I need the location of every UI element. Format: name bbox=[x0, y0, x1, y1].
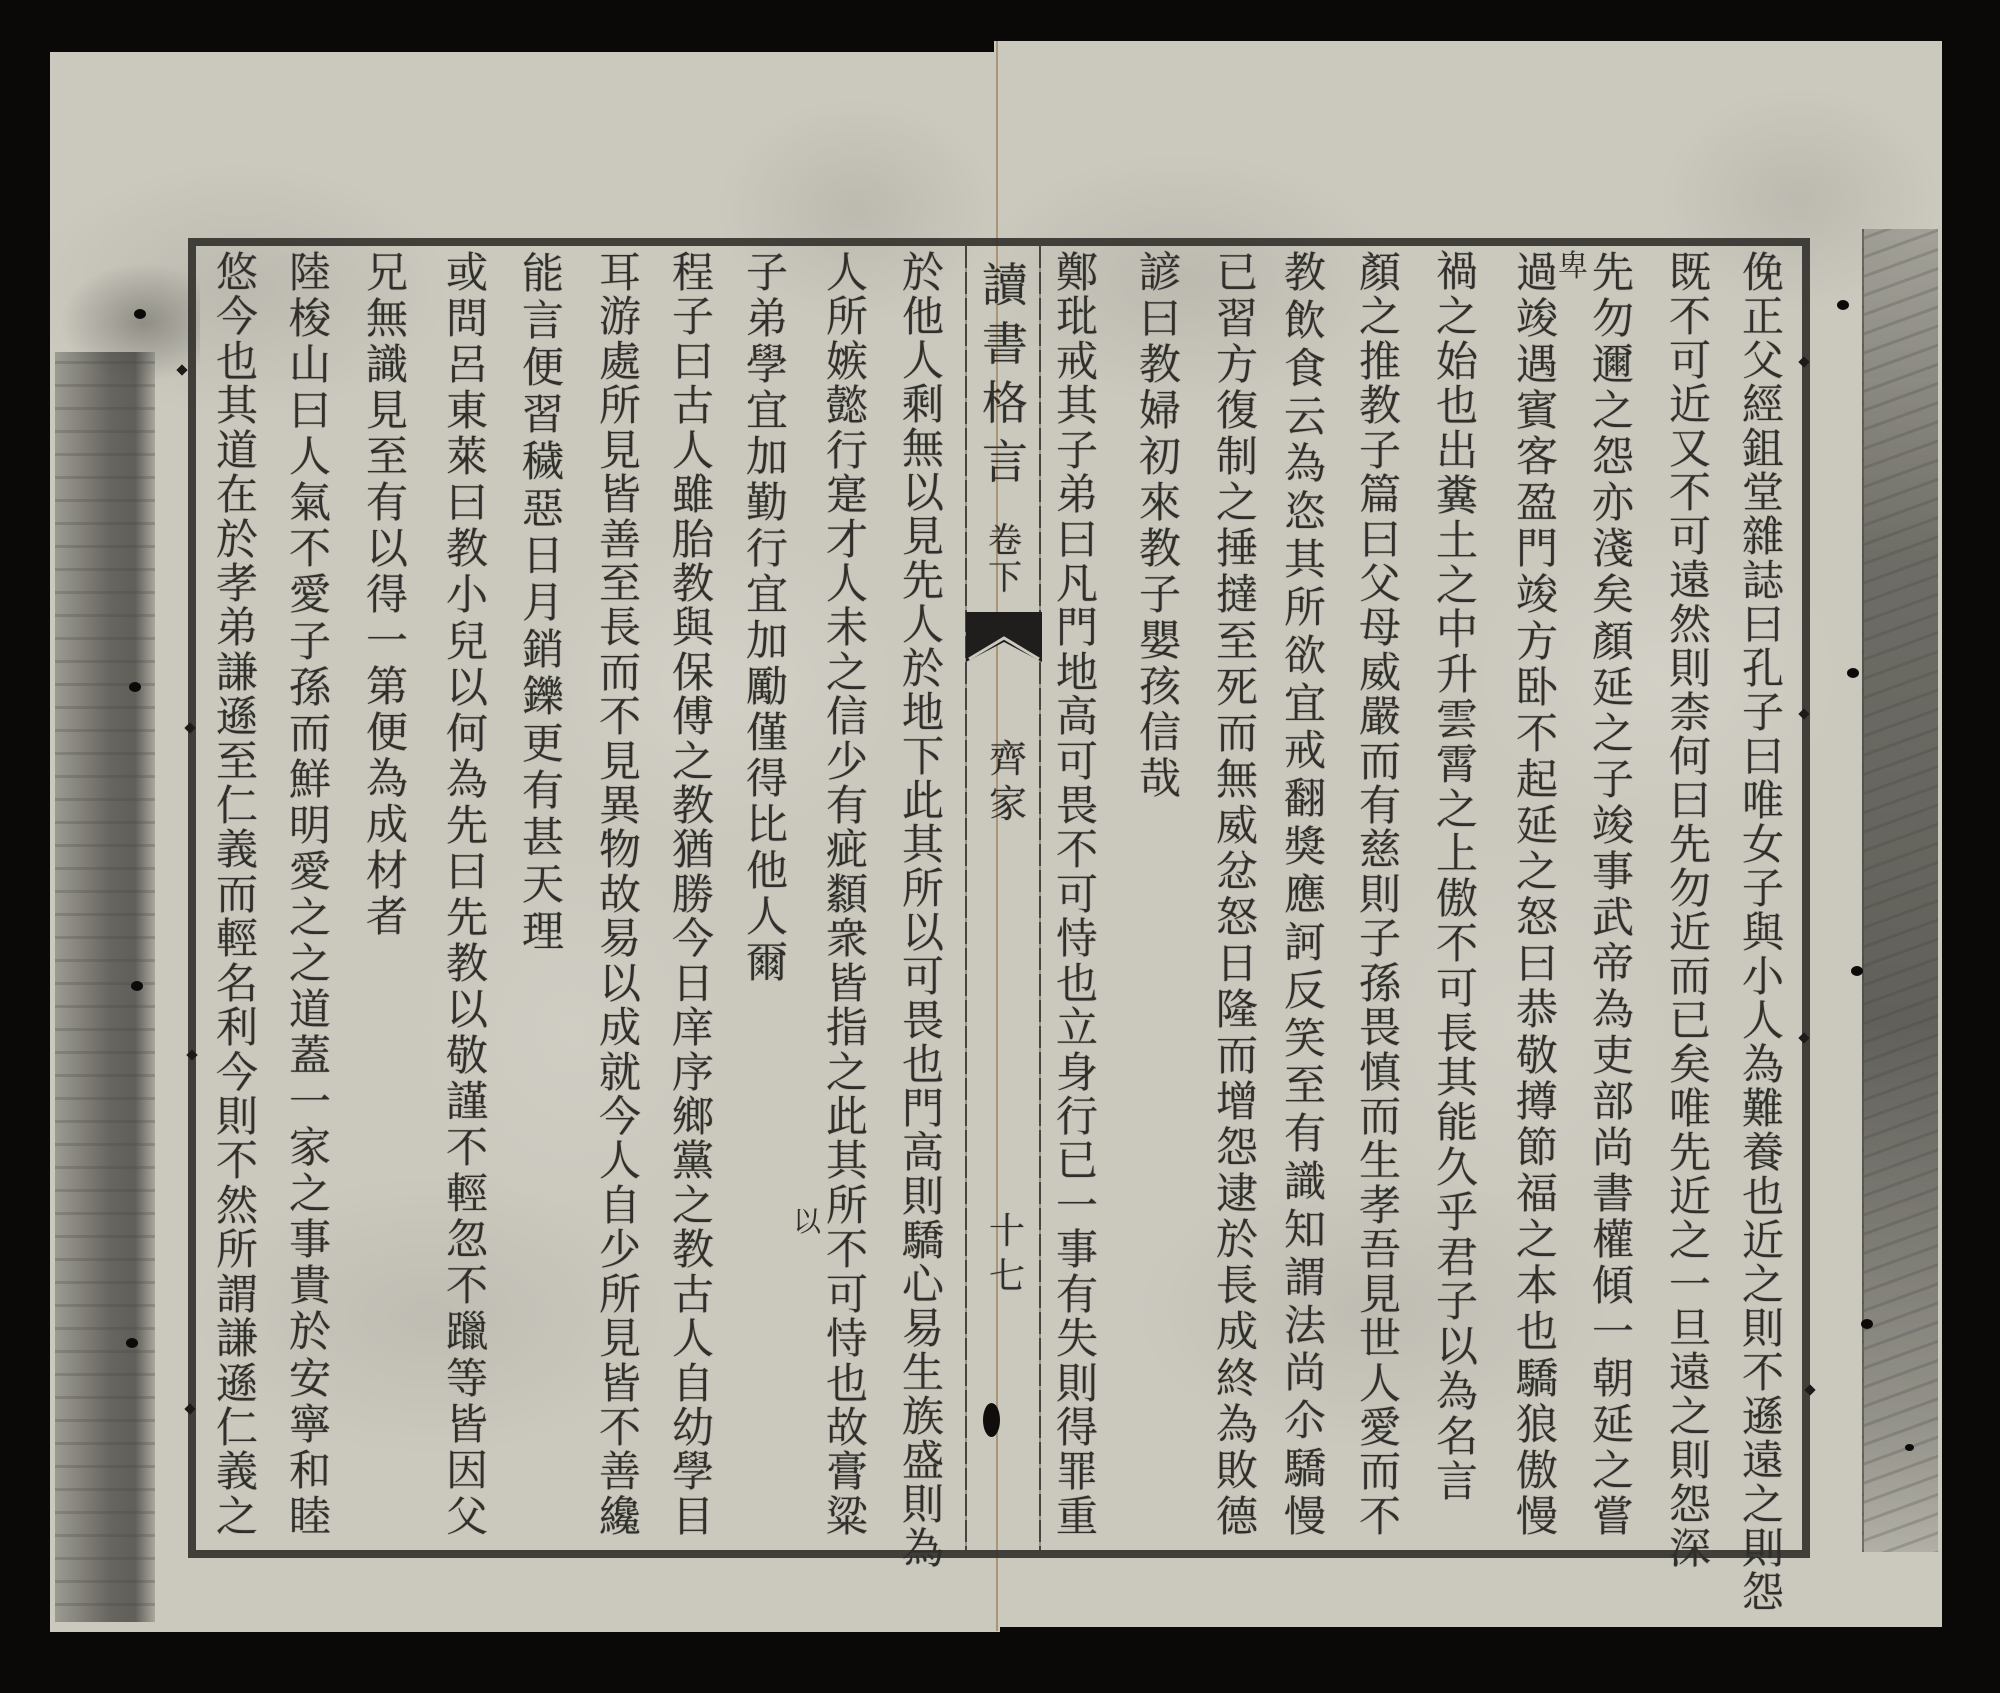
glyph: 也 bbox=[209, 340, 265, 384]
glyph: 也 bbox=[1049, 962, 1105, 1006]
glyph: 於 bbox=[209, 518, 265, 562]
glyph: 也 bbox=[1509, 1310, 1565, 1354]
glyph: 至 bbox=[1277, 1064, 1333, 1108]
glyph: 而 bbox=[1209, 712, 1265, 756]
glyph: 無 bbox=[895, 427, 951, 471]
glyph: 鮮 bbox=[282, 758, 338, 802]
ink-blot bbox=[983, 1403, 1000, 1437]
glyph: 法 bbox=[1277, 1304, 1333, 1348]
glyph: 序 bbox=[665, 1051, 721, 1095]
glyph: 恣 bbox=[1277, 490, 1333, 534]
glyph: 衆 bbox=[819, 917, 875, 961]
glyph: 日 bbox=[665, 962, 721, 1006]
glyph: 近 bbox=[1662, 1175, 1718, 1219]
glyph: 問 bbox=[439, 297, 495, 341]
glyph: 勝 bbox=[665, 873, 721, 917]
glyph: 遜 bbox=[209, 1362, 265, 1406]
glyph: 見 bbox=[592, 1317, 648, 1361]
glyph: 宜 bbox=[739, 388, 795, 434]
glyph: 謙 bbox=[209, 1317, 265, 1361]
glyph: 成 bbox=[1209, 1310, 1265, 1354]
glyph: 然 bbox=[1662, 603, 1718, 647]
glyph: 吾 bbox=[1352, 1228, 1408, 1272]
glyph: 謙 bbox=[209, 651, 265, 695]
glyph: 子 bbox=[1352, 429, 1408, 473]
glyph: 則 bbox=[209, 1095, 265, 1139]
glyph: 女 bbox=[1735, 823, 1791, 867]
glyph: 義 bbox=[209, 1450, 265, 1494]
glyph: 能 bbox=[1429, 1101, 1485, 1146]
glyph: 兒 bbox=[439, 620, 495, 664]
glyph: 他 bbox=[739, 848, 795, 894]
glyph: 先 bbox=[1662, 1131, 1718, 1175]
glyph: 和 bbox=[282, 1449, 338, 1493]
glyph: 矣 bbox=[1585, 573, 1641, 617]
glyph: 遠 bbox=[1662, 1351, 1718, 1395]
glyph: 見 bbox=[1352, 1273, 1408, 1317]
glyph: 帝 bbox=[1585, 942, 1641, 986]
glyph: 粱 bbox=[819, 1495, 875, 1539]
binding-hole bbox=[1847, 668, 1859, 678]
binding-hole bbox=[1905, 1444, 1914, 1451]
glyph: 上 bbox=[1429, 832, 1485, 877]
glyph: 故 bbox=[592, 873, 648, 917]
glyph: 尚 bbox=[1585, 1126, 1641, 1170]
glyph: 先 bbox=[895, 559, 951, 603]
glyph: 萊 bbox=[439, 435, 495, 479]
glyph: 孝 bbox=[209, 562, 265, 606]
glyph: 威 bbox=[1209, 804, 1265, 848]
glyph: 心 bbox=[895, 1263, 951, 1307]
glyph: 則 bbox=[1662, 647, 1718, 691]
glyph: 習 bbox=[1209, 297, 1265, 341]
glyph: 之 bbox=[1662, 1219, 1718, 1263]
text-column-left-9: 陸梭山曰人氣不愛子孫而鮮明愛之之道蓋一家之事貴於安寧和睦 bbox=[282, 251, 338, 1539]
glyph: 乎 bbox=[1429, 1191, 1485, 1236]
glyph: 勿 bbox=[1662, 867, 1718, 911]
glyph: 勿 bbox=[1585, 297, 1641, 341]
glyph: 正 bbox=[1735, 295, 1791, 339]
glyph: 之 bbox=[1429, 564, 1485, 609]
glyph: 者 bbox=[359, 894, 415, 940]
glyph: 皆 bbox=[819, 962, 875, 1006]
glyph: 幼 bbox=[665, 1406, 721, 1450]
glyph: 也 bbox=[895, 1043, 951, 1087]
glyph: 盛 bbox=[895, 1439, 951, 1483]
glyph: 愛 bbox=[282, 850, 338, 894]
glyph: 母 bbox=[1352, 606, 1408, 650]
glyph: 為 bbox=[895, 1527, 951, 1571]
glyph: 嚴 bbox=[1352, 695, 1408, 739]
glyph: 亦 bbox=[1585, 481, 1641, 525]
glyph: 孩 bbox=[1132, 664, 1188, 710]
binding-hole bbox=[1837, 300, 1849, 310]
glyph: 異 bbox=[592, 784, 648, 828]
glyph: 戒 bbox=[1277, 729, 1333, 773]
section-label: 齊家 bbox=[980, 737, 1036, 827]
glyph: 之 bbox=[1662, 1395, 1718, 1439]
glyph: 則 bbox=[895, 1483, 951, 1527]
glyph: 生 bbox=[895, 1351, 951, 1395]
glyph: 行 bbox=[739, 526, 795, 572]
glyph: 地 bbox=[1049, 651, 1105, 695]
glyph: 罪 bbox=[1049, 1450, 1105, 1494]
glyph: 婦 bbox=[1132, 388, 1188, 434]
glyph: 吏 bbox=[1585, 1034, 1641, 1078]
glyph: 教 bbox=[1352, 384, 1408, 428]
glyph: 人 bbox=[1352, 1362, 1408, 1406]
glyph: 愛 bbox=[1352, 1406, 1408, 1450]
glyph: 得 bbox=[359, 572, 415, 618]
glyph: 隆 bbox=[1209, 988, 1265, 1032]
glyph: 敬 bbox=[1509, 1034, 1565, 1078]
text-column-right-2: 既不可近又不可遠然則柰何曰先勿近而已矣唯先近之一旦遠之則怨深 bbox=[1662, 251, 1718, 1539]
glyph: 始 bbox=[1429, 340, 1485, 385]
glyph: 怒 bbox=[1209, 896, 1265, 940]
glyph: 唯 bbox=[1662, 1087, 1718, 1131]
glyph: 自 bbox=[592, 1184, 648, 1228]
glyph: 方 bbox=[1509, 620, 1565, 664]
glyph: 愛 bbox=[282, 573, 338, 617]
glyph: 齊 bbox=[980, 737, 1036, 782]
glyph: 嫉 bbox=[819, 340, 875, 384]
glyph: 而 bbox=[209, 873, 265, 917]
glyph: 則 bbox=[1735, 1307, 1791, 1351]
glyph: 教 bbox=[665, 784, 721, 828]
glyph: 所 bbox=[1277, 586, 1333, 630]
glyph: 有 bbox=[359, 480, 415, 526]
glyph: 怨 bbox=[1585, 435, 1641, 479]
glyph: 謂 bbox=[209, 1273, 265, 1317]
glyph: 慢 bbox=[1277, 1495, 1333, 1539]
glyph: 至 bbox=[592, 562, 648, 606]
glyph: 懿 bbox=[819, 384, 875, 428]
glyph: 穢 bbox=[515, 438, 571, 485]
glyph: 見 bbox=[359, 388, 415, 434]
glyph: 於 bbox=[895, 251, 951, 295]
glyph: 君 bbox=[1429, 1236, 1485, 1281]
glyph: 延 bbox=[1585, 666, 1641, 710]
glyph: 長 bbox=[592, 606, 648, 650]
binding-hole bbox=[1851, 966, 1863, 976]
glyph: 福 bbox=[1509, 1172, 1565, 1216]
glyph: 狼 bbox=[1509, 1403, 1565, 1447]
glyph: 其 bbox=[1277, 538, 1333, 582]
glyph: 便 bbox=[359, 710, 415, 756]
glyph: 遇 bbox=[1509, 343, 1565, 387]
glyph: 教 bbox=[1132, 342, 1188, 388]
glyph: 膏 bbox=[819, 1450, 875, 1494]
glyph: 學 bbox=[665, 1450, 721, 1494]
glyph: 立 bbox=[1049, 1006, 1105, 1050]
glyph: 之 bbox=[1429, 295, 1485, 340]
book-title: 讀書格言 bbox=[977, 256, 1033, 492]
glyph: 一 bbox=[1585, 1310, 1641, 1354]
glyph: 此 bbox=[819, 1095, 875, 1139]
glyph: 教 bbox=[1132, 526, 1188, 572]
glyph: 失 bbox=[1049, 1317, 1105, 1361]
glyph: 嘗 bbox=[1585, 1495, 1641, 1539]
glyph: 之 bbox=[282, 942, 338, 986]
glyph: 而 bbox=[592, 651, 648, 695]
glyph: 則 bbox=[895, 1175, 951, 1219]
glyph: 賓 bbox=[1509, 389, 1565, 433]
glyph: 驕 bbox=[1277, 1447, 1333, 1491]
text-column-right-10: 鄭玭戒其子弟曰凡門地高可畏不可恃也立身行已一事有失則得罪重 bbox=[1049, 251, 1105, 1539]
glyph: 子 bbox=[739, 250, 795, 296]
glyph: 土 bbox=[1429, 519, 1485, 564]
glyph: 謹 bbox=[439, 1080, 495, 1124]
glyph: 不 bbox=[1352, 1495, 1408, 1539]
text-column-left-1: 於他人剩無以見先人於地下此其所以可畏也門高則驕心易生族盛則為 bbox=[895, 251, 951, 1539]
glyph: 纇 bbox=[819, 873, 875, 917]
glyph: 矣 bbox=[1662, 1043, 1718, 1087]
glyph: 凡 bbox=[1049, 562, 1105, 606]
glyph: 之 bbox=[665, 1184, 721, 1228]
glyph: 卷 bbox=[977, 523, 1033, 560]
glyph: 以 bbox=[439, 988, 495, 1032]
glyph: 部 bbox=[1585, 1080, 1641, 1124]
glyph: 人 bbox=[739, 894, 795, 940]
glyph: 怨 bbox=[1209, 1126, 1265, 1170]
glyph: 蓋 bbox=[282, 1034, 338, 1078]
glyph: 也 bbox=[819, 1362, 875, 1406]
glyph: 以 bbox=[359, 526, 415, 572]
glyph: 貴 bbox=[282, 1264, 338, 1308]
glyph: 畏 bbox=[895, 999, 951, 1043]
glyph: 山 bbox=[282, 343, 338, 387]
glyph: 唯 bbox=[1735, 779, 1791, 823]
glyph: 小 bbox=[1735, 955, 1791, 999]
glyph: 之 bbox=[819, 1051, 875, 1095]
glyph: 之 bbox=[1585, 389, 1641, 433]
glyph: 子 bbox=[1049, 429, 1105, 473]
glyph: 教 bbox=[1277, 251, 1333, 295]
glyph: 皆 bbox=[439, 1403, 495, 1447]
glyph: 云 bbox=[1277, 395, 1333, 439]
glyph: 於 bbox=[895, 647, 951, 691]
glyph: 俛 bbox=[1735, 251, 1791, 295]
glyph: 難 bbox=[1735, 1087, 1791, 1131]
glyph: 於 bbox=[1209, 1218, 1265, 1262]
glyph: 日 bbox=[1209, 942, 1265, 986]
glyph: 不 bbox=[1735, 1351, 1791, 1395]
glyph: 何 bbox=[1662, 735, 1718, 779]
glyph: 所 bbox=[895, 867, 951, 911]
glyph: 程 bbox=[665, 251, 721, 295]
glyph: 門 bbox=[895, 1087, 951, 1131]
text-column-left-3: 子弟學宜加勤行宜加勵僅得比他人爾 bbox=[739, 250, 795, 986]
glyph: 自 bbox=[665, 1362, 721, 1406]
glyph: 節 bbox=[1509, 1126, 1565, 1170]
glyph: 得 bbox=[1049, 1406, 1105, 1450]
glyph: 皆 bbox=[592, 1362, 648, 1406]
glyph: 言 bbox=[977, 433, 1033, 492]
glyph: 睦 bbox=[282, 1495, 338, 1539]
glyph: 道 bbox=[282, 988, 338, 1032]
glyph: 不 bbox=[819, 1228, 875, 1272]
glyph: 傲 bbox=[1509, 1449, 1565, 1493]
glyph: 而 bbox=[1209, 1034, 1265, 1078]
glyph: 竣 bbox=[1509, 573, 1565, 617]
glyph: 第 bbox=[359, 664, 415, 710]
glyph: 所 bbox=[819, 295, 875, 339]
glyph: 兄 bbox=[359, 250, 415, 296]
glyph: 之 bbox=[1509, 1218, 1565, 1262]
glyph: 有 bbox=[819, 784, 875, 828]
glyph: 善 bbox=[592, 1450, 648, 1494]
marginal-note: 以 bbox=[791, 1208, 823, 1236]
glyph: 為 bbox=[1585, 988, 1641, 1032]
glyph: 之 bbox=[1429, 788, 1485, 833]
glyph: 所 bbox=[592, 384, 648, 428]
glyph: 糞 bbox=[1429, 474, 1485, 519]
glyph: 纔 bbox=[592, 1495, 648, 1539]
glyph: 深 bbox=[1662, 1527, 1718, 1571]
glyph: 至 bbox=[209, 740, 265, 784]
glyph: 其 bbox=[1049, 384, 1105, 428]
glyph: 近 bbox=[1662, 911, 1718, 955]
glyph: 曰 bbox=[1662, 779, 1718, 823]
glyph: 游 bbox=[592, 295, 648, 339]
glyph: 鄭 bbox=[1049, 251, 1105, 295]
glyph: 少 bbox=[592, 1228, 648, 1272]
glyph: 仁 bbox=[209, 784, 265, 828]
text-column-left-2: 人所嫉懿行寔才人未之信少有疵纇衆皆指之此其所不可恃也故膏粱 bbox=[819, 251, 875, 1539]
glyph: 識 bbox=[359, 342, 415, 388]
glyph: 不 bbox=[1662, 295, 1718, 339]
glyph: 其 bbox=[209, 384, 265, 428]
glyph: 父 bbox=[1735, 339, 1791, 383]
glyph: 玭 bbox=[1049, 295, 1105, 339]
glyph: 今 bbox=[209, 1051, 265, 1095]
glyph: 朝 bbox=[1585, 1357, 1641, 1401]
glyph: 傲 bbox=[1429, 877, 1485, 922]
glyph: 書 bbox=[977, 315, 1033, 374]
glyph: 雖 bbox=[665, 473, 721, 517]
glyph: 孫 bbox=[1352, 962, 1408, 1006]
glyph: 讀 bbox=[977, 256, 1033, 315]
glyph: 則 bbox=[1662, 1439, 1718, 1483]
glyph: 保 bbox=[665, 651, 721, 695]
glyph: 食 bbox=[1277, 347, 1333, 391]
glyph: 終 bbox=[1209, 1357, 1265, 1401]
glyph: 月 bbox=[515, 579, 571, 626]
glyph: 事 bbox=[282, 1218, 338, 1262]
glyph: 處 bbox=[592, 340, 648, 384]
glyph: 僅 bbox=[739, 710, 795, 756]
glyph: 黨 bbox=[665, 1139, 721, 1183]
glyph: 輕 bbox=[439, 1172, 495, 1216]
glyph: 則 bbox=[1049, 1362, 1105, 1406]
glyph: 戒 bbox=[1049, 340, 1105, 384]
glyph: 人 bbox=[592, 1139, 648, 1183]
glyph: 曰 bbox=[1132, 296, 1188, 342]
glyph: 訶 bbox=[1277, 921, 1333, 965]
glyph: 已 bbox=[1662, 999, 1718, 1043]
glyph: 物 bbox=[592, 828, 648, 872]
glyph: 故 bbox=[819, 1406, 875, 1450]
glyph: 子 bbox=[282, 620, 338, 664]
glyph: 一 bbox=[282, 1080, 338, 1124]
glyph: 邇 bbox=[1585, 343, 1641, 387]
glyph: 以 bbox=[1429, 1325, 1485, 1370]
glyph: 寧 bbox=[282, 1403, 338, 1447]
glyph: 所 bbox=[592, 1273, 648, 1317]
glyph: 信 bbox=[1132, 710, 1188, 756]
glyph: 為 bbox=[439, 758, 495, 802]
glyph: 柰 bbox=[1662, 691, 1718, 735]
glyph: 門 bbox=[1049, 606, 1105, 650]
glyph: 見 bbox=[895, 515, 951, 559]
glyph: 曰 bbox=[282, 389, 338, 433]
glyph: 名 bbox=[209, 962, 265, 1006]
glyph: 捶 bbox=[1209, 527, 1265, 571]
glyph: 人 bbox=[819, 251, 875, 295]
ink-smudge bbox=[1862, 229, 1938, 1552]
glyph: 而 bbox=[1352, 1450, 1408, 1494]
glyph: 反 bbox=[1277, 969, 1333, 1013]
glyph: 學 bbox=[739, 342, 795, 388]
glyph: 人 bbox=[665, 1317, 721, 1361]
glyph: 孫 bbox=[282, 666, 338, 710]
glyph: 與 bbox=[665, 606, 721, 650]
glyph: 等 bbox=[439, 1357, 495, 1401]
glyph: 易 bbox=[592, 917, 648, 961]
glyph: 鑠 bbox=[515, 673, 571, 720]
glyph: 恭 bbox=[1509, 988, 1565, 1032]
glyph: 之 bbox=[665, 740, 721, 784]
glyph: 言 bbox=[515, 297, 571, 344]
glyph: 為 bbox=[1209, 1403, 1265, 1447]
glyph: 見 bbox=[592, 740, 648, 784]
glyph: 曰 bbox=[1735, 735, 1791, 779]
glyph: 無 bbox=[1209, 758, 1265, 802]
glyph: 不 bbox=[1049, 828, 1105, 872]
glyph: 怨 bbox=[1735, 1571, 1791, 1615]
glyph: 剩 bbox=[895, 383, 951, 427]
text-column-right-7: 教飲食云為恣其所欲宜戒翻獎應訶反笑至有識知謂法尚尒驕慢 bbox=[1277, 251, 1333, 1539]
glyph: 門 bbox=[1509, 527, 1565, 571]
glyph: 不 bbox=[1662, 471, 1718, 515]
glyph: 飲 bbox=[1277, 299, 1333, 343]
glyph: 躐 bbox=[439, 1310, 495, 1354]
glyph: 爾 bbox=[739, 940, 795, 986]
glyph: 諺 bbox=[1132, 250, 1188, 296]
glyph: 身 bbox=[1049, 1051, 1105, 1095]
glyph: 以 bbox=[895, 471, 951, 515]
glyph: 一 bbox=[359, 618, 415, 664]
glyph: 先 bbox=[439, 896, 495, 940]
marginal-note: 卑 bbox=[1557, 252, 1589, 282]
glyph: 父 bbox=[439, 1495, 495, 1539]
glyph: 翻 bbox=[1277, 777, 1333, 821]
glyph: 之 bbox=[209, 1495, 265, 1539]
glyph: 盈 bbox=[1509, 481, 1565, 525]
glyph: 先 bbox=[1662, 823, 1718, 867]
glyph: 初 bbox=[1132, 434, 1188, 480]
text-column-right-3: 先勿邇之怨亦淺矣顏延之子竣事武帝為吏部尚書權傾一朝延之嘗 bbox=[1585, 251, 1641, 1539]
glyph: 庠 bbox=[665, 1006, 721, 1050]
glyph: 名 bbox=[1429, 1415, 1485, 1460]
glyph: 陸 bbox=[282, 251, 338, 295]
glyph: 然 bbox=[209, 1184, 265, 1228]
glyph: 家 bbox=[282, 1126, 338, 1170]
glyph: 教 bbox=[665, 562, 721, 606]
glyph: 不 bbox=[209, 1139, 265, 1183]
glyph: 知 bbox=[1277, 1208, 1333, 1252]
glyph: 人 bbox=[895, 603, 951, 647]
